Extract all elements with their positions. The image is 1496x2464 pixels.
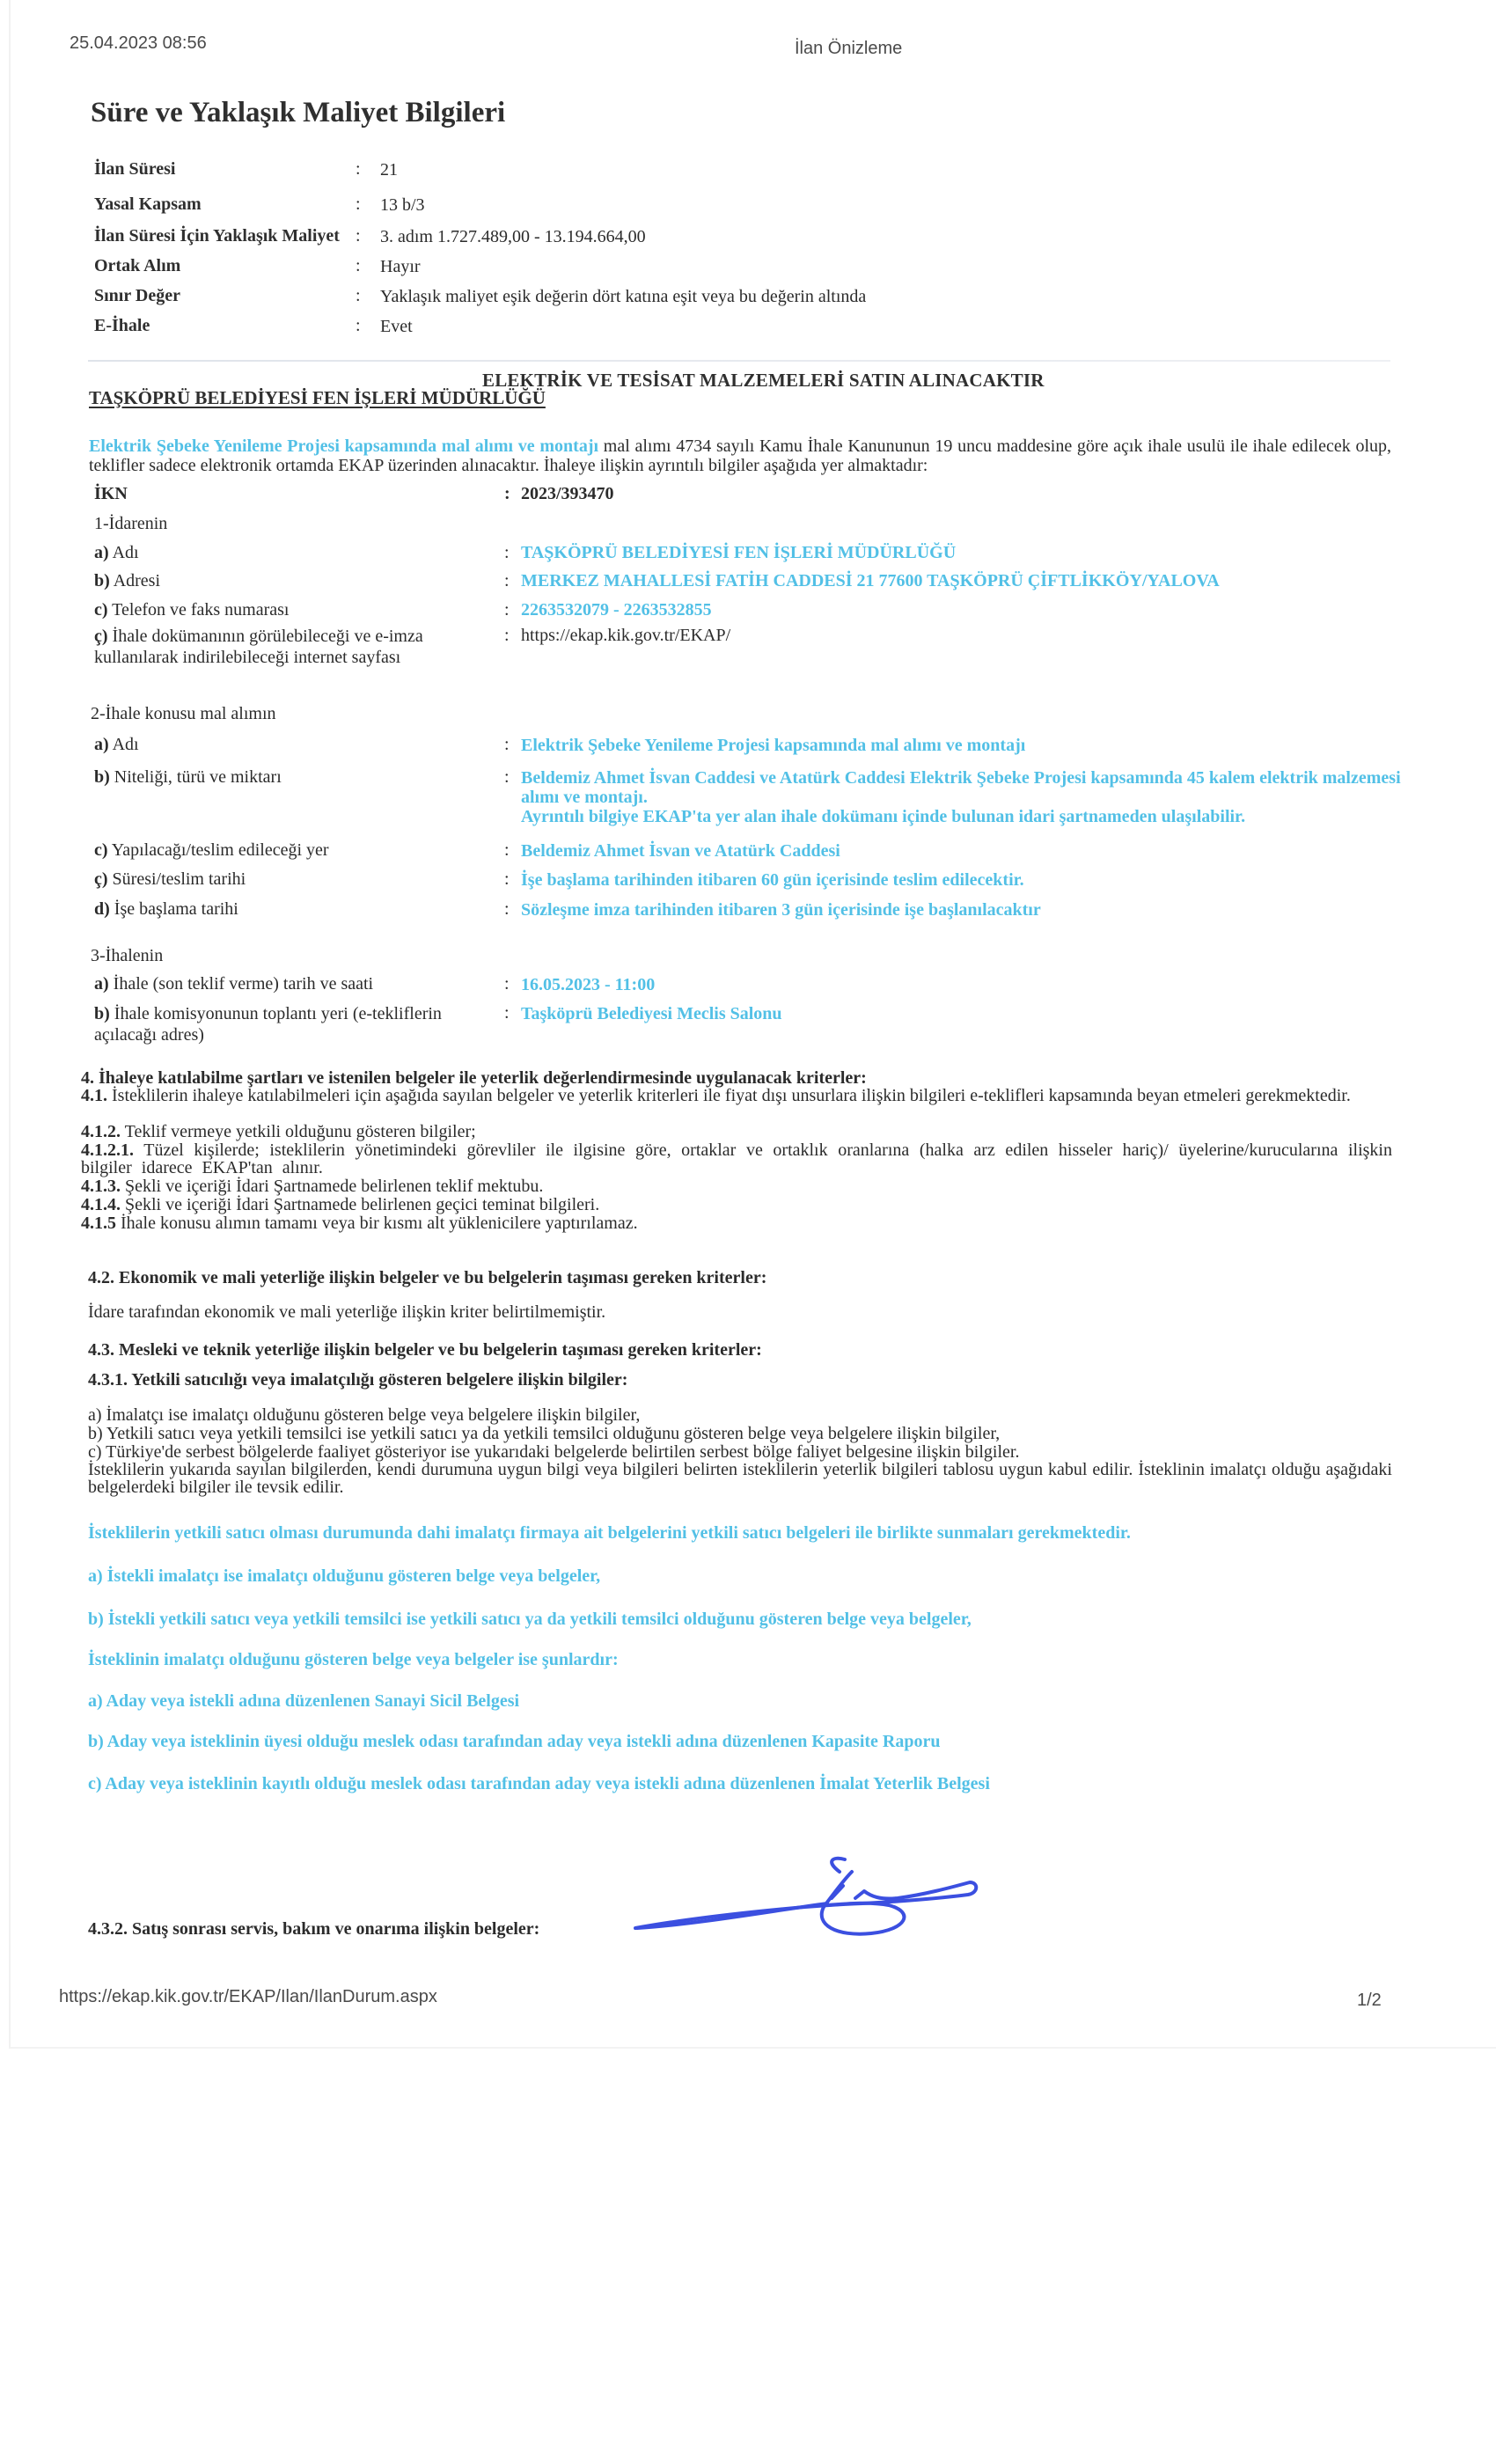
section-idare: 1-İdarenin: [94, 514, 167, 534]
mal-row-label: d) İşe başlama tarihi: [94, 899, 238, 920]
ihale-datetime: 16.05.2023 - 11:00: [521, 975, 655, 995]
colon: :: [504, 571, 510, 591]
summary-value: 21: [380, 160, 398, 180]
criteria-4-2-text: İdare tarafından ekonomik ve mali yeterl…: [88, 1302, 605, 1323]
colon: :: [356, 256, 361, 276]
colon: :: [504, 840, 510, 861]
summary-label: Yasal Kapsam: [94, 194, 202, 215]
footer-url: https://ekap.kik.gov.tr/EKAP/Ilan/IlanDu…: [59, 1987, 437, 2007]
notice-intro: Elektrik Şebeke Yenileme Projesi kapsamı…: [89, 436, 1391, 475]
colon: :: [356, 226, 361, 246]
idare-row-label: a) Adı: [94, 543, 139, 563]
idare-phone: 2263532079 - 2263532855: [521, 600, 712, 620]
intro-highlight: Elektrik Şebeke Yenileme Projesi kapsamı…: [89, 436, 598, 456]
criteria-4-3-1-note: İsteklilerin yukarıda sayılan bilgilerde…: [88, 1461, 1392, 1496]
highlight-line: b) Aday veya isteklinin üyesi olduğu mes…: [88, 1732, 941, 1752]
highlight-line: a) İstekli imalatçı ise imalatçı olduğun…: [88, 1566, 600, 1587]
highlight-line: İsteklilerin yetkili satıcı olması durum…: [88, 1523, 1131, 1544]
highlight-line: a) Aday veya istekli adına düzenlenen Sa…: [88, 1691, 519, 1712]
colon: :: [504, 1003, 510, 1023]
section-ihale: 3-İhalenin: [91, 946, 163, 966]
signature-icon: [634, 1852, 986, 1949]
mal-row-label: a) Adı: [94, 735, 139, 755]
print-title: İlan Önizleme: [795, 39, 902, 59]
mal-name: Elektrik Şebeke Yenileme Projesi kapsamı…: [521, 736, 1025, 756]
summary-title: Süre ve Yaklaşık Maliyet Bilgileri: [91, 97, 505, 129]
mal-duration: İşe başlama tarihinden itibaren 60 gün i…: [521, 870, 1024, 891]
page-number: 1/2: [1357, 1991, 1382, 2011]
criteria-4-3-1-title: 4.3.1. Yetkili satıcılığı veya imalatçıl…: [88, 1370, 627, 1390]
summary-label: E-İhale: [94, 316, 150, 336]
criteria-4-1-3: 4.1.3. Şekli ve içeriği İdari Şartnamede…: [81, 1177, 1392, 1195]
ihale-location: Taşköprü Belediyesi Meclis Salonu: [521, 1004, 782, 1024]
colon: :: [504, 600, 510, 620]
mal-start: Sözleşme imza tarihinden itibaren 3 gün …: [521, 900, 1041, 920]
idare-row-label: b) Adresi: [94, 571, 160, 591]
colon: :: [504, 899, 510, 920]
criteria-4-3-2-title: 4.3.2. Satış sonrası servis, bakım ve on…: [88, 1919, 539, 1940]
colon: :: [504, 869, 510, 890]
colon: :: [504, 626, 510, 646]
criteria-4-1-2-1: 4.1.2.1. Tüzel kişilerde; isteklilerin y…: [81, 1141, 1392, 1177]
criteria-4-1-4: 4.1.4. Şekli ve içeriği İdari Şartnamede…: [81, 1196, 1392, 1214]
summary-value: Evet: [380, 317, 413, 337]
summary-label: Sınır Değer: [94, 286, 180, 306]
idare-row-label: c) Telefon ve faks numarası: [94, 600, 289, 620]
ikn-value: 2023/393470: [521, 484, 614, 504]
mal-row-label: b) Niteliği, türü ve miktarı: [94, 767, 282, 788]
section-mal: 2-İhale konusu mal alımın: [91, 704, 276, 724]
mal-row-label: c) Yapılacağı/teslim edileceği yer: [94, 840, 329, 861]
criteria-4-2-title: 4.2. Ekonomik ve mali yeterliğe ilişkin …: [88, 1268, 766, 1288]
idare-address: MERKEZ MAHALLESİ FATİH CADDESİ 21 77600 …: [521, 571, 1220, 591]
colon: :: [356, 286, 361, 306]
summary-value: 13 b/3: [380, 195, 425, 216]
summary-value: Hayır: [380, 257, 421, 277]
ekap-link[interactable]: https://ekap.kik.gov.tr/EKAP/: [521, 626, 730, 646]
colon: :: [356, 159, 361, 180]
criteria-4-3-1-b: b) Yetkili satıcı veya yetkili temsilci …: [88, 1424, 1000, 1444]
idare-name: TAŞKÖPRÜ BELEDİYESİ FEN İŞLERİ MÜDÜRLÜĞÜ: [521, 543, 956, 563]
mal-description: Beldemiz Ahmet İsvan Caddesi ve Atatürk …: [521, 768, 1401, 826]
colon: :: [356, 194, 361, 215]
highlight-line: b) İstekli yetkili satıcı veya yetkili t…: [88, 1610, 972, 1630]
mal-row-label: ç) Süresi/teslim tarihi: [94, 869, 246, 890]
colon: :: [504, 543, 510, 563]
divider: [88, 360, 1390, 362]
criteria-4-3-1-a: a) İmalatçı ise imalatçı olduğunu göster…: [88, 1405, 640, 1426]
highlight-line: İsteklinin imalatçı olduğunu gösteren be…: [88, 1650, 619, 1670]
colon: :: [504, 974, 510, 994]
print-datetime: 25.04.2023 08:56: [70, 33, 207, 54]
criteria-4-1-2: 4.1.2. Teklif vermeye yetkili olduğunu g…: [81, 1123, 1392, 1140]
ihale-row-label: b) İhale komisyonunun toplantı yeri (e-t…: [94, 1003, 499, 1045]
ihale-row-label: a) İhale (son teklif verme) tarih ve saa…: [94, 974, 373, 994]
idare-row-label: ç) İhale dokümanının görülebileceği ve e…: [94, 626, 499, 668]
criteria-4-1-5: 4.1.5 İhale konusu alımın tamamı veya bi…: [81, 1214, 1392, 1232]
summary-value: Yaklaşık maliyet eşik değerin dört katın…: [380, 287, 866, 307]
mal-location: Beldemiz Ahmet İsvan ve Atatürk Caddesi: [521, 841, 840, 862]
colon: :: [504, 735, 510, 755]
criteria-4-3-title: 4.3. Mesleki ve teknik yeterliğe ilişkin…: [88, 1340, 762, 1360]
criteria-4-1: 4.1. İsteklilerin ihaleye katılabilmeler…: [81, 1087, 1392, 1104]
colon: :: [356, 316, 361, 336]
summary-value: 3. adım 1.727.489,00 - 13.194.664,00: [380, 227, 646, 247]
summary-label: İlan Süresi İçin Yaklaşık Maliyet: [94, 226, 340, 246]
highlight-line: c) Aday veya isteklinin kayıtlı olduğu m…: [88, 1774, 990, 1794]
colon: :: [504, 767, 510, 788]
colon: :: [504, 484, 510, 504]
summary-label: Ortak Alım: [94, 256, 180, 276]
notice-organization: TAŞKÖPRÜ BELEDİYESİ FEN İŞLERİ MÜDÜRLÜĞÜ: [89, 387, 546, 409]
ikn-label: İKN: [94, 484, 128, 504]
summary-label: İlan Süresi: [94, 159, 175, 180]
notice-heading: ELEKTRİK VE TESİSAT MALZEMELERİ SATIN AL…: [482, 370, 1045, 392]
